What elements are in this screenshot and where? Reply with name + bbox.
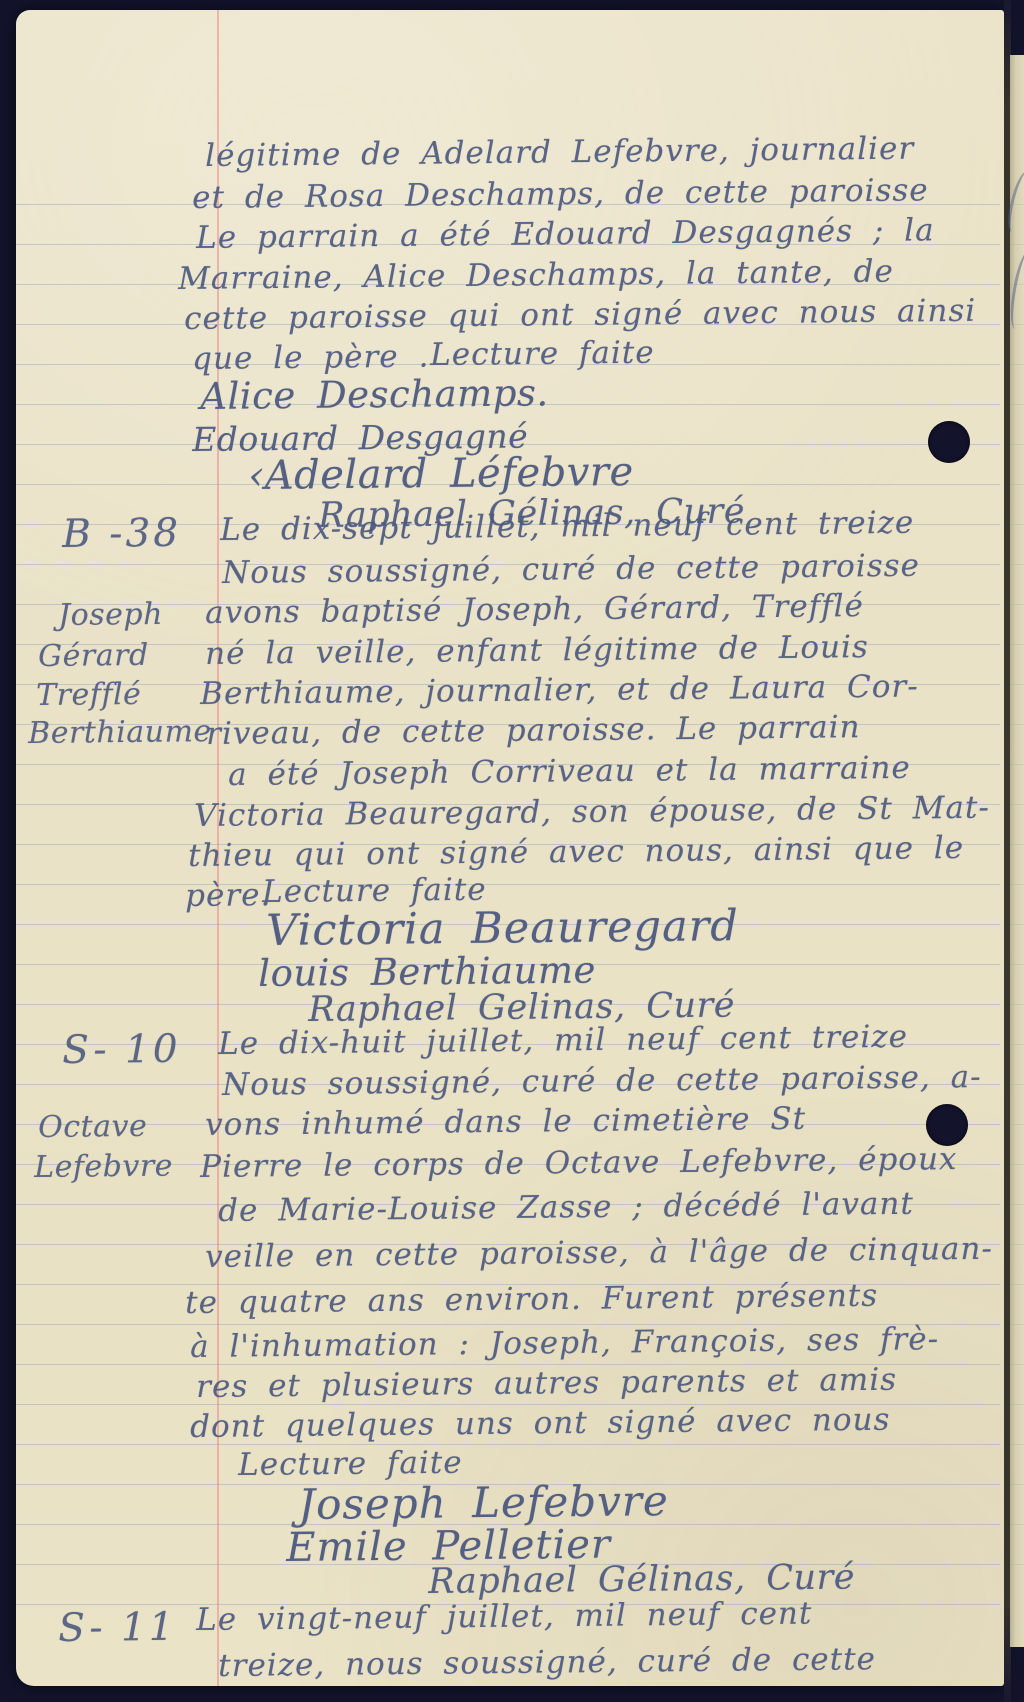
handwritten-line: res et plusieurs autres parents et amis (196, 1362, 897, 1405)
entry-label: S- 11 (58, 1605, 177, 1651)
handwritten-line: Victoria Beauregard, son épouse, de St M… (194, 790, 990, 834)
handwritten-line: Victoria Beauregard (266, 901, 739, 956)
margin-note: Berthiaume (28, 714, 212, 751)
handwritten-line: Berthiaume, journalier, et de Laura Cor- (200, 668, 919, 712)
handwritten-line: a été Joseph Corriveau et la marraine (228, 750, 911, 793)
handwritten-line: thieu qui ont signé avec nous, ainsi que… (188, 830, 964, 874)
handwritten-line: père. (185, 877, 272, 914)
handwritten-line: Le vingt-neuf juillet, mil neuf cent (196, 1596, 813, 1638)
handwritten-line: Pierre le corps de Octave Lefebvre, épou… (200, 1141, 958, 1185)
handwritten-line: né la veille, enfant légitime de Louis (205, 629, 869, 672)
margin-note: Octave (38, 1109, 147, 1145)
handwritten-line: Le dix-sept juillet, mil neuf cent treiz… (220, 505, 914, 548)
handwritten-line: treize, nous soussigné, curé de cette (218, 1641, 876, 1684)
handwritten-line: de Marie-Louise Zasse ; décédé l'avant (218, 1186, 914, 1229)
margin-note: Trefflé (36, 677, 142, 713)
handwritten-line: riveau, de cette paroisse. Le parrain (206, 709, 861, 752)
handwritten-line: ‹Adelard Léfebvre (248, 449, 634, 499)
entry-label: S- 10 (62, 1027, 181, 1073)
handwritten-line: Alice Deschamps. (200, 371, 549, 418)
handwritten-line: vons inhumé dans le cimetière St (205, 1101, 806, 1143)
handwritten-line: à l'inhumation : Joseph, François, ses f… (190, 1321, 939, 1365)
margin-note: Joseph (58, 597, 163, 633)
handwritten-line: veille en cette paroisse, à l'âge de cin… (205, 1231, 993, 1275)
handwritten-line: que le père . (192, 339, 430, 377)
handwritten-line: Marraine, Alice Deschamps, la tante, de (178, 254, 894, 297)
handwritten-line: légitime de Adelard Lefebvre, journalier (205, 131, 914, 174)
scanned-register-photo: légitime de Adelard Lefebvre, journalier… (0, 0, 1024, 1702)
handwritten-line: Le dix-huit juillet, mil neuf cent treiz… (218, 1019, 908, 1062)
handwritten-line: cette paroisse qui ont signé avec nous a… (184, 293, 976, 337)
handwritten-line: Lecture faite (238, 1445, 463, 1483)
margin-note: Gérard (38, 638, 149, 674)
handwritten-line: Lecture faite (430, 335, 655, 373)
handwritten-line: Nous soussigné, curé de cette paroisse (222, 548, 920, 591)
handwritten-line: te quatre ans environ. Furent présents (185, 1278, 878, 1321)
handwritten-line: et de Rosa Deschamps, de cette paroisse (192, 172, 929, 216)
handwritten-line: Joseph Lefebvre (298, 1476, 669, 1529)
handwritten-line: avons baptisé Joseph, Gérard, Trefflé (205, 588, 864, 631)
entry-label: B -38 (62, 511, 181, 557)
margin-note: Lefebvre (34, 1149, 173, 1185)
handwritten-line: dont quelques uns ont signé avec nous (190, 1402, 891, 1445)
handwriting-layer: légitime de Adelard Lefebvre, journalier… (0, 0, 1024, 1702)
handwritten-line: Nous soussigné, curé de cette paroisse, … (222, 1059, 982, 1103)
handwritten-line: Le parrain a été Edouard Desgagnés ; la (196, 212, 935, 256)
